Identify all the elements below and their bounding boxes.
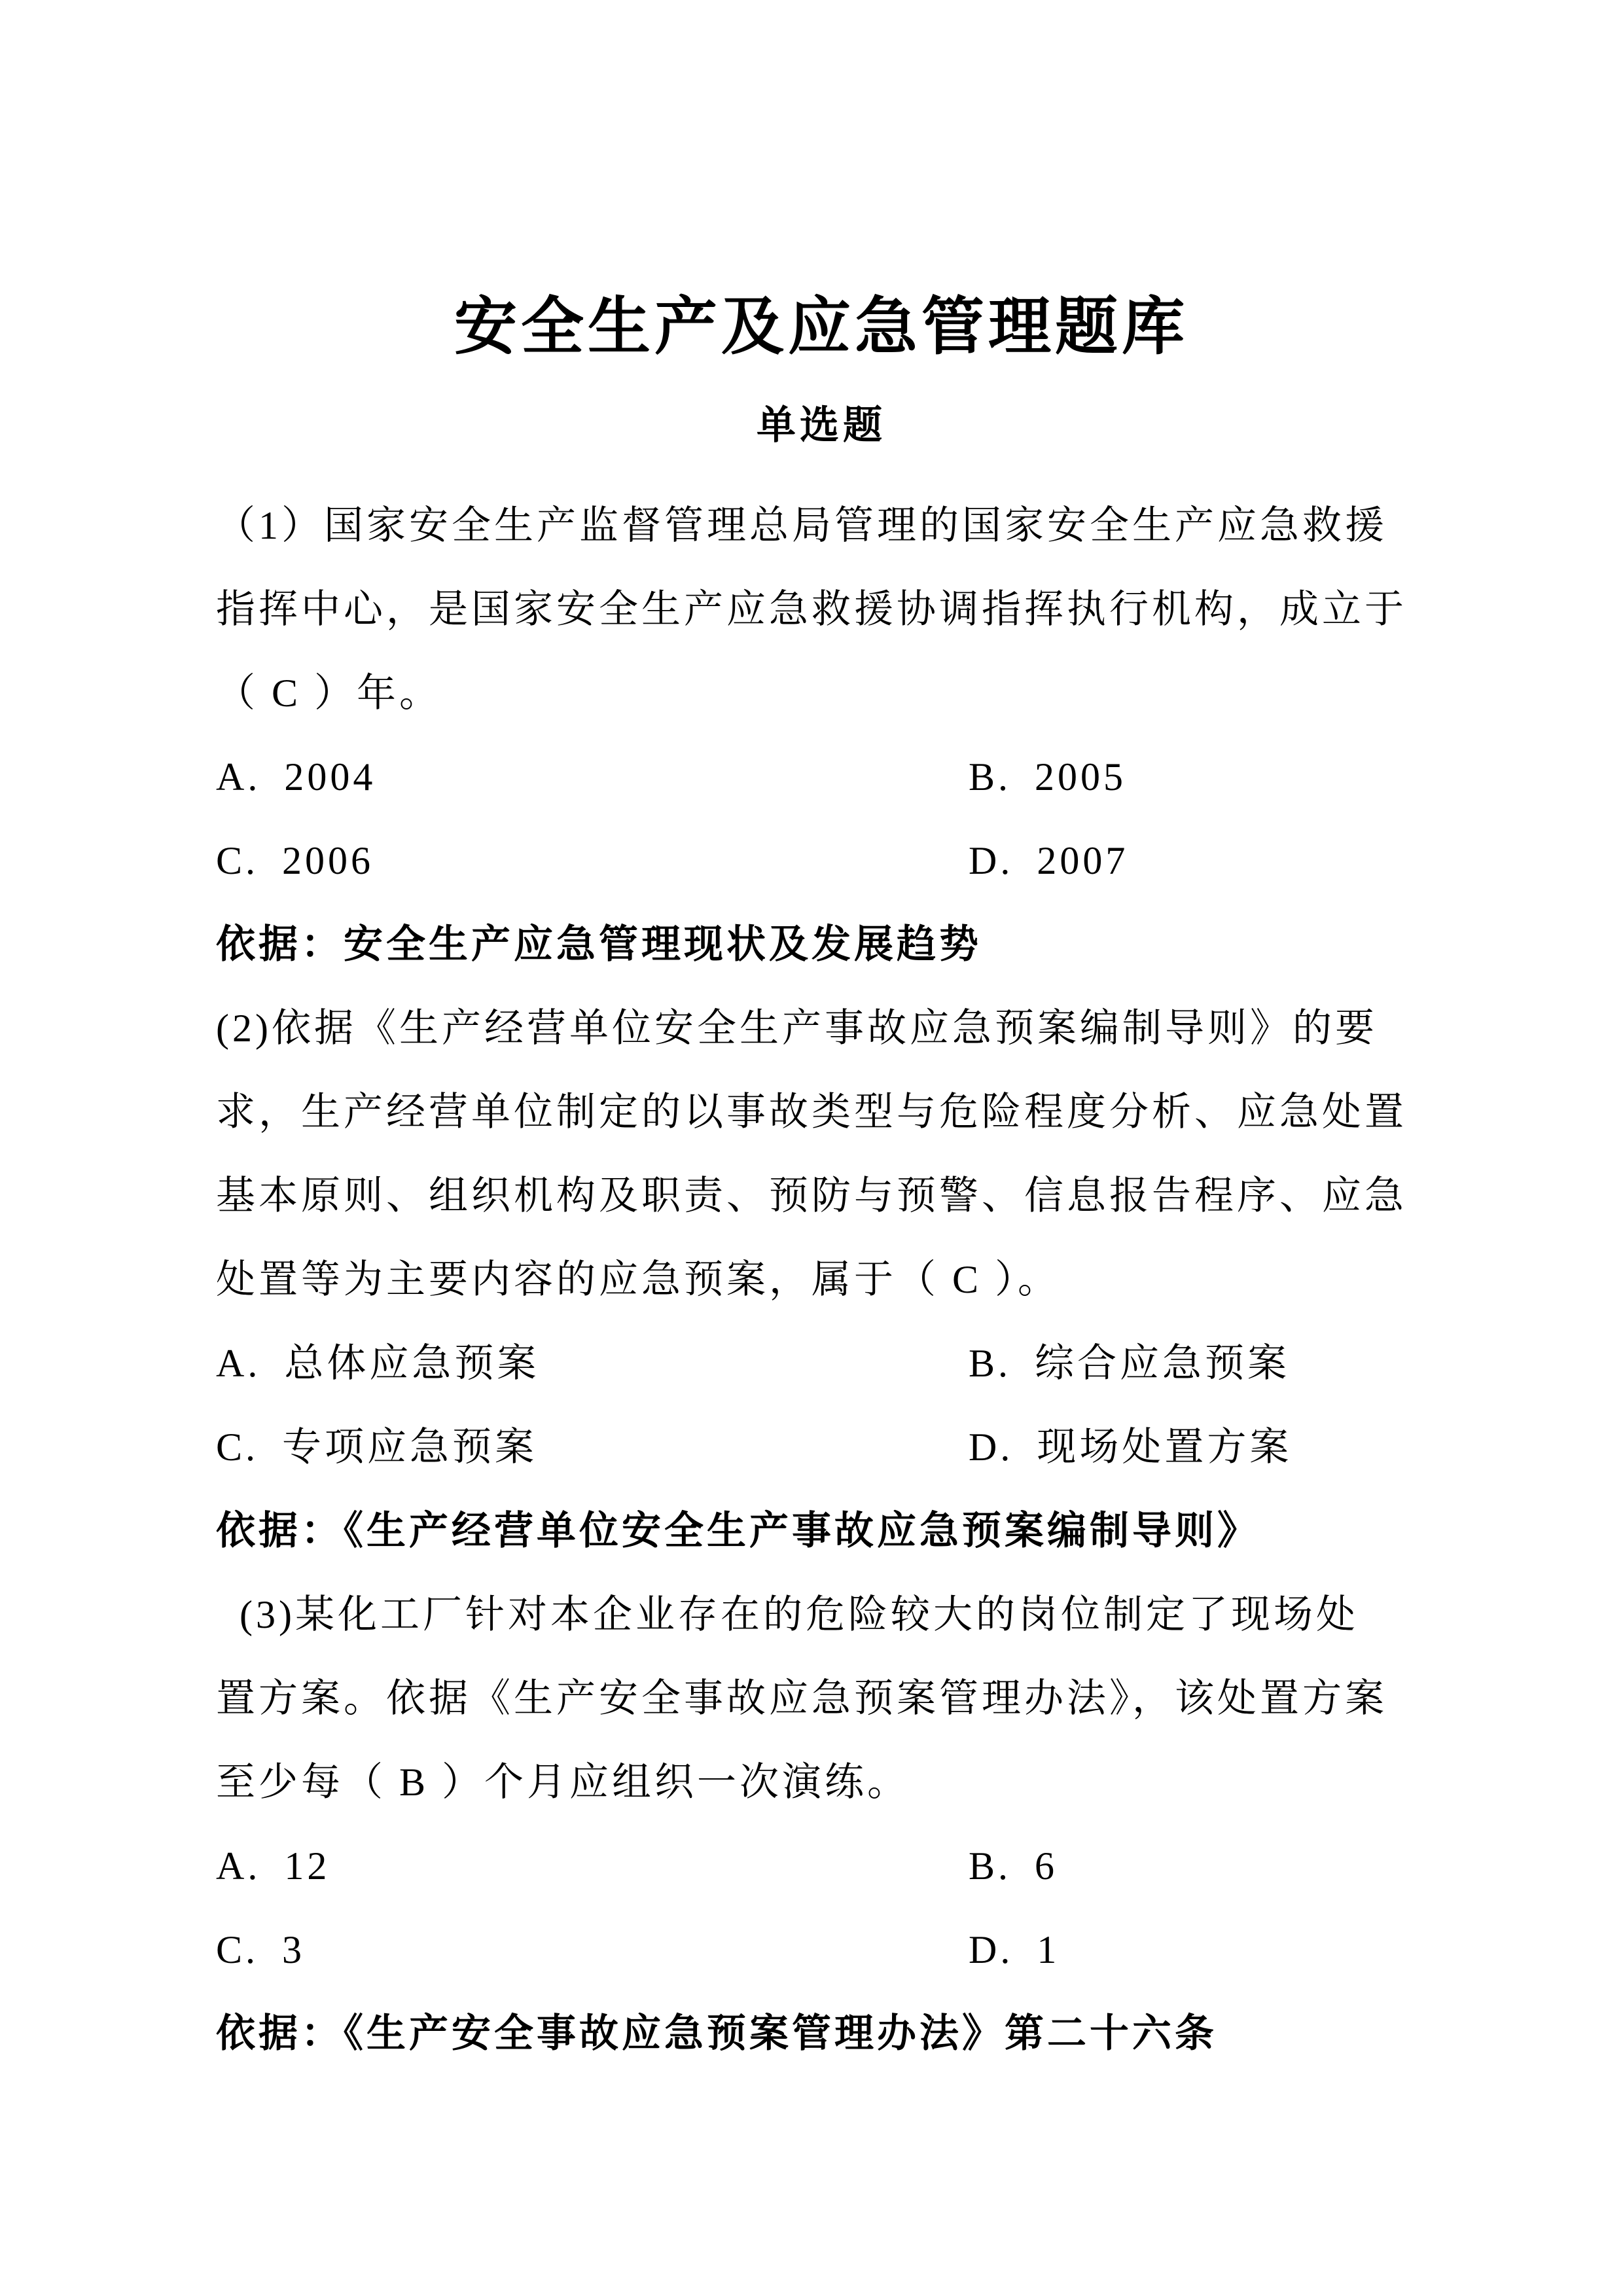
option-key: B. <box>969 1824 1011 1908</box>
document-page: 安全生产及应急管理题库 单选题 （1）国家安全生产监督管理总局管理的国家安全生产… <box>0 0 1623 2296</box>
page-title: 安全生产及应急管理题库 <box>216 291 1427 363</box>
option-row: C.专项应急预案 D.现场处置方案 <box>216 1405 1427 1489</box>
question-line: (2)依据《生产经营单位安全生产事故应急预案编制导则》的要 <box>216 986 1427 1070</box>
option-key: B. <box>969 1321 1011 1405</box>
question-line: 指挥中心，是国家安全生产应急救援协调指挥执行机构，成立于 <box>216 567 1427 651</box>
option-row: A.2004 B.2005 <box>216 735 1427 819</box>
option-d: D.2007 <box>969 819 1427 903</box>
option-key: C. <box>216 1405 259 1489</box>
option-row: C.2006 D.2007 <box>216 819 1427 903</box>
option-row: C.3 D.1 <box>216 1908 1427 1992</box>
question-line: 处置等为主要内容的应急预案，属于（ C ）。 <box>216 1238 1427 1321</box>
option-c: C.专项应急预案 <box>216 1405 969 1489</box>
question-1: （1）国家安全生产监督管理总局管理的国家安全生产应急救援 指挥中心，是国家安全生… <box>216 484 1427 986</box>
option-text: 总体应急预案 <box>284 1342 539 1385</box>
question-3: (3)某化工厂针对本企业存在的危险较大的岗位制定了现场处 置方案。依据《生产安全… <box>216 1573 1427 2075</box>
option-key: A. <box>216 1824 260 1908</box>
option-text: 2005 <box>1035 755 1126 798</box>
option-a: A.总体应急预案 <box>216 1321 969 1405</box>
option-a: A.12 <box>216 1824 969 1908</box>
option-text: 现场处置方案 <box>1037 1426 1292 1469</box>
option-key: C. <box>216 1908 259 1992</box>
option-b: B.6 <box>969 1824 1427 1908</box>
basis-line: 依据：《生产经营单位安全生产事故应急预案编制导则》 <box>216 1489 1427 1573</box>
option-text: 2004 <box>284 755 376 798</box>
option-text: 3 <box>282 1928 305 1971</box>
option-d: D.1 <box>969 1908 1427 1992</box>
section-heading: 单选题 <box>216 400 1427 451</box>
option-key: D. <box>969 819 1013 903</box>
option-key: D. <box>969 1405 1013 1489</box>
option-text: 综合应急预案 <box>1035 1342 1290 1385</box>
option-text: 1 <box>1037 1928 1060 1971</box>
option-key: D. <box>969 1908 1013 1992</box>
option-key: B. <box>969 735 1011 819</box>
option-row: A.12 B.6 <box>216 1824 1427 1908</box>
question-line: (3)某化工厂针对本企业存在的危险较大的岗位制定了现场处 <box>216 1573 1427 1657</box>
option-text: 2006 <box>282 839 374 882</box>
basis-line: 依据：安全生产应急管理现状及发展趋势 <box>216 903 1427 986</box>
option-key: A. <box>216 735 260 819</box>
option-key: A. <box>216 1321 260 1405</box>
option-b: B.综合应急预案 <box>969 1321 1427 1405</box>
question-2: (2)依据《生产经营单位安全生产事故应急预案编制导则》的要 求，生产经营单位制定… <box>216 986 1427 1573</box>
option-d: D.现场处置方案 <box>969 1405 1427 1489</box>
question-line: 至少每（ B ）个月应组织一次演练。 <box>216 1740 1427 1824</box>
option-key: C. <box>216 819 259 903</box>
option-c: C.2006 <box>216 819 969 903</box>
option-row: A.总体应急预案 B.综合应急预案 <box>216 1321 1427 1405</box>
question-line: （1）国家安全生产监督管理总局管理的国家安全生产应急救援 <box>216 484 1427 567</box>
option-a: A.2004 <box>216 735 969 819</box>
question-line: 求，生产经营单位制定的以事故类型与危险程度分析、应急处置 <box>216 1070 1427 1154</box>
option-text: 专项应急预案 <box>282 1426 537 1469</box>
basis-line: 依据：《生产安全事故应急预案管理办法》第二十六条 <box>216 1992 1427 2075</box>
question-line: 基本原则、组织机构及职责、预防与预警、信息报告程序、应急 <box>216 1154 1427 1238</box>
option-c: C.3 <box>216 1908 969 1992</box>
question-list: （1）国家安全生产监督管理总局管理的国家安全生产应急救援 指挥中心，是国家安全生… <box>216 484 1427 2075</box>
option-text: 6 <box>1035 1844 1058 1888</box>
option-b: B.2005 <box>969 735 1427 819</box>
question-line: （ C ）年。 <box>216 651 1427 735</box>
option-text: 2007 <box>1037 839 1128 882</box>
question-line: 置方案。依据《生产安全事故应急预案管理办法》，该处置方案 <box>216 1657 1427 1740</box>
option-text: 12 <box>284 1844 330 1888</box>
